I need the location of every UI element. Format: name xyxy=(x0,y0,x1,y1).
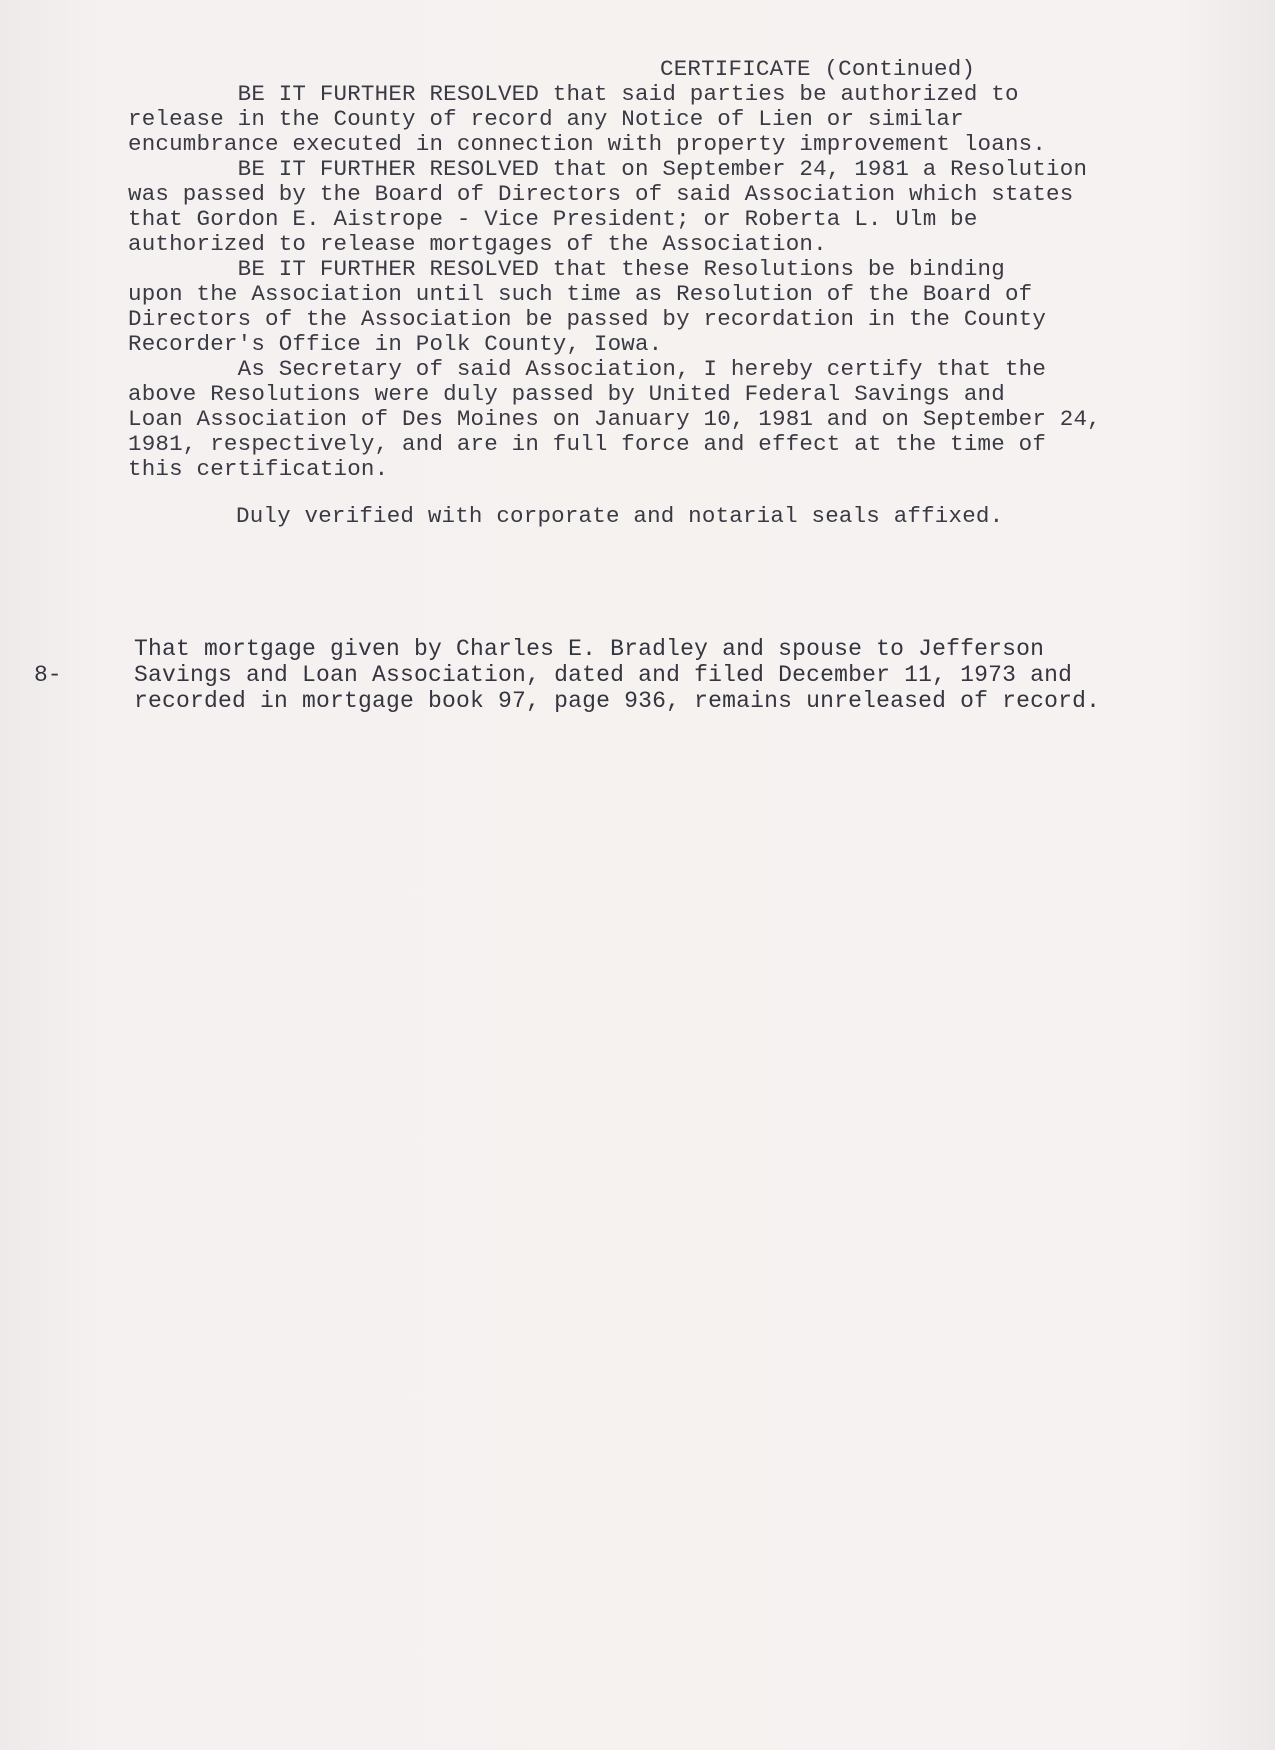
certificate-title: CERTIFICATE (Continued) xyxy=(660,56,975,82)
text-line: Directors of the Association be passed b… xyxy=(128,306,1046,332)
document-page: CERTIFICATE (Continued) BE IT FURTHER RE… xyxy=(0,0,1275,1750)
text-line: Loan Association of Des Moines on Januar… xyxy=(128,406,1101,432)
text-line: encumbrance executed in connection with … xyxy=(128,131,1046,157)
item-line: recorded in mortgage book 97, page 936, … xyxy=(134,688,1100,714)
text-line: above Resolutions were duly passed by Un… xyxy=(128,381,1005,407)
text-line: upon the Association until such time as … xyxy=(128,281,1032,307)
text-line: release in the County of record any Noti… xyxy=(128,106,964,132)
verification-line: Duly verified with corporate and notaria… xyxy=(236,503,1003,529)
text-line: 1981, respectively, and are in full forc… xyxy=(128,431,1046,457)
text-line: As Secretary of said Association, I here… xyxy=(128,356,1046,382)
text-line: BE IT FURTHER RESOLVED that on September… xyxy=(128,156,1087,182)
item-line: Savings and Loan Association, dated and … xyxy=(134,662,1072,688)
text-line: was passed by the Board of Directors of … xyxy=(128,181,1073,207)
text-line: that Gordon E. Aistrope - Vice President… xyxy=(128,206,978,232)
item-number: 8- xyxy=(34,662,62,688)
text-line: Recorder's Office in Polk County, Iowa. xyxy=(128,331,662,357)
item-line: That mortgage given by Charles E. Bradle… xyxy=(134,636,1044,662)
text-line: this certification. xyxy=(128,456,388,482)
text-line: authorized to release mortgages of the A… xyxy=(128,231,827,257)
text-line: BE IT FURTHER RESOLVED that these Resolu… xyxy=(128,256,1005,282)
text-line: BE IT FURTHER RESOLVED that said parties… xyxy=(128,81,1019,107)
